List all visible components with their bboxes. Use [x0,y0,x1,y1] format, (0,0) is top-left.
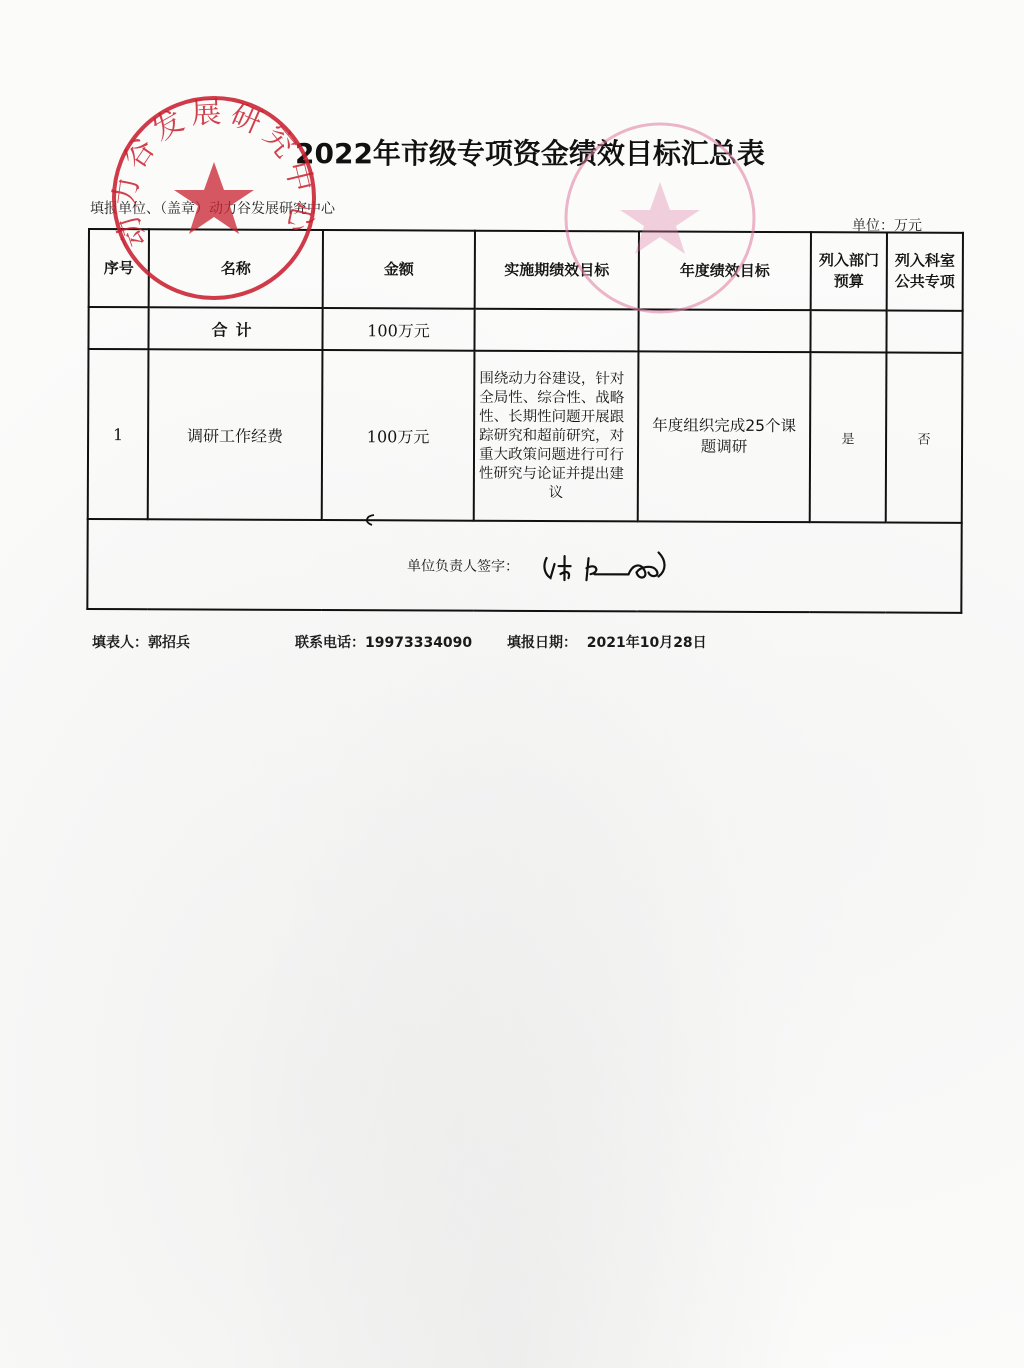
handwritten-signature [540,544,690,589]
header-index: 序号 [89,229,149,307]
header-office-special: 列入科室 公共专项 [887,232,963,310]
header-name: 名称 [149,229,323,308]
total-index [88,307,148,349]
pen-mark [362,512,376,528]
header-period-goal: 实施期绩效目标 [475,231,639,310]
total-period-goal [474,309,638,352]
row-period-goal: 围绕动力谷建设，针对 全局性、综合性、战略 性、长期性问题开展跟 踪研究和超前研… [474,351,639,522]
performance-goal-table: 序号 名称 金额 实施期绩效目标 年度绩效目标 列入部门 预算 列入科室 公共专… [86,228,964,614]
header-annual-goal: 年度绩效目标 [639,231,811,310]
total-row: 合计 100万元 [88,307,962,353]
date-label: 填报日期： 2021年10月28日 [507,632,707,652]
row-index: 1 [88,349,149,519]
phone-label: 联系电话：19973334090 [295,632,472,652]
row-amount: 100万元 [322,350,475,521]
signature-cell: 单位负责人签字： [87,519,961,613]
header-dept-budget: 列入部门 预算 [811,232,887,310]
row-dept-budget: 是 [810,352,887,522]
signature-row: 单位负责人签字： [87,519,961,613]
signature-label: 单位负责人签字： [407,555,519,575]
total-amount: 100万元 [322,308,474,351]
total-dept-budget [810,310,886,352]
total-label: 合计 [148,307,322,350]
row-annual-goal: 年度组织完成25个课 题调研 [638,351,811,522]
total-office-special [886,310,962,352]
row-office-special: 否 [886,352,963,522]
row-name: 调研工作经费 [148,349,323,520]
total-annual-goal [638,309,810,352]
fill-unit-label: 填报单位、（盖章）动力谷发展研究中心 [90,198,335,218]
table-header-row: 序号 名称 金额 实施期绩效目标 年度绩效目标 列入部门 预算 列入科室 公共专… [89,229,963,311]
preparer-label: 填表人：郭招兵 [92,632,190,652]
page-title: 2022年市级专项资金绩效目标汇总表 [295,132,765,172]
table-row: 1 调研工作经费 100万元 围绕动力谷建设，针对 全局性、综合性、战略 性、长… [88,349,963,523]
header-amount: 金额 [323,230,475,309]
